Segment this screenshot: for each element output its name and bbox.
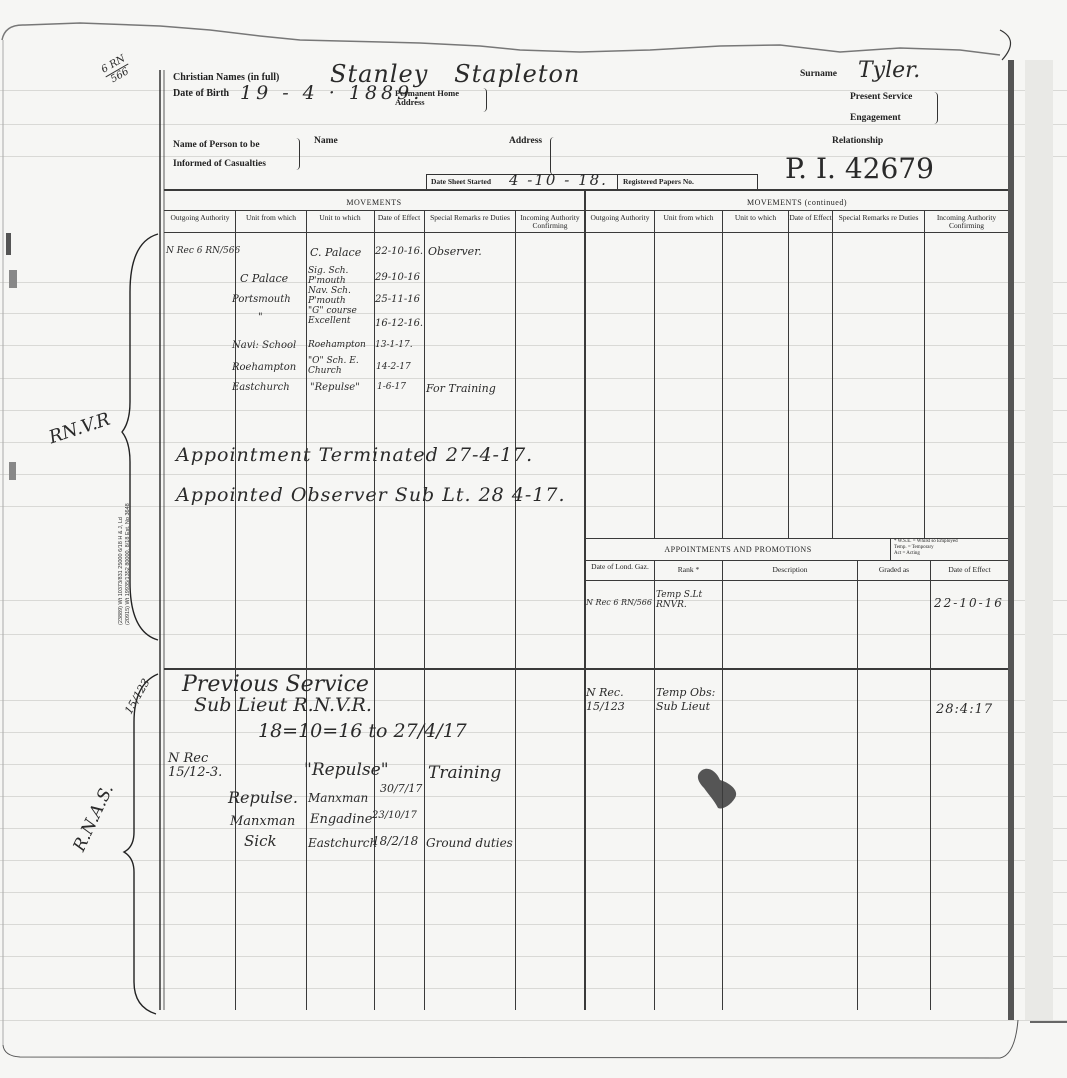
movements-continued-title: MOVEMENTS (continued) xyxy=(586,198,1008,207)
note-appointed-observer: Appointed Observer Sub Lt. 28 4-17. xyxy=(176,484,566,506)
registered-papers-label: Registered Papers No. xyxy=(623,177,694,186)
person-informed-label: Name of Person to be Informed of Casualt… xyxy=(173,136,266,174)
printer-imprint: (23889) Wt 10373/831 25000 6/18 H & J, L… xyxy=(118,425,132,625)
rnas-record-ref: N Rec 15/12-3. xyxy=(168,752,228,780)
date-sheet-box: Date Sheet Started 4 -10 - 18. Registere… xyxy=(426,174,758,190)
surname-value: Tyler. xyxy=(858,58,920,83)
permanent-home-address-label: Permanent Home Address xyxy=(395,89,479,107)
ink-stain xyxy=(698,769,736,809)
address-label: Address xyxy=(509,136,542,146)
present-service-label: Present Service xyxy=(850,92,912,102)
engagement-brace xyxy=(932,92,938,124)
date-sheet-started-value: 4 -10 - 18. xyxy=(509,171,608,189)
relationship-label: Relationship xyxy=(832,136,883,146)
dob-label: Date of Birth xyxy=(173,88,229,99)
surname-label: Surname xyxy=(800,69,837,79)
previous-service-line1: Sub Lieut R.N.V.R. xyxy=(194,694,372,716)
address-brace xyxy=(481,88,487,112)
rnas-brace-icon xyxy=(120,672,165,1017)
appointments-legend: * W.S.E. = Whilst so Employed Temp. = Te… xyxy=(894,539,958,557)
person-informed-brace xyxy=(294,138,300,170)
previous-service-line2: 18=10=16 to 27/4/17 xyxy=(258,720,467,742)
name-label: Name xyxy=(314,136,338,146)
date-sheet-started-label: Date Sheet Started xyxy=(431,177,491,186)
engagement-label: Engagement xyxy=(850,113,901,123)
address-brace-2 xyxy=(550,137,556,175)
note-appointment-terminated: Appointment Terminated 27-4-17. xyxy=(176,444,533,466)
registered-papers-value: P. I. 42679 xyxy=(785,152,934,185)
movements-title: MOVEMENTS xyxy=(164,198,584,207)
appointments-title: APPOINTMENTS AND PROMOTIONS xyxy=(586,545,890,554)
